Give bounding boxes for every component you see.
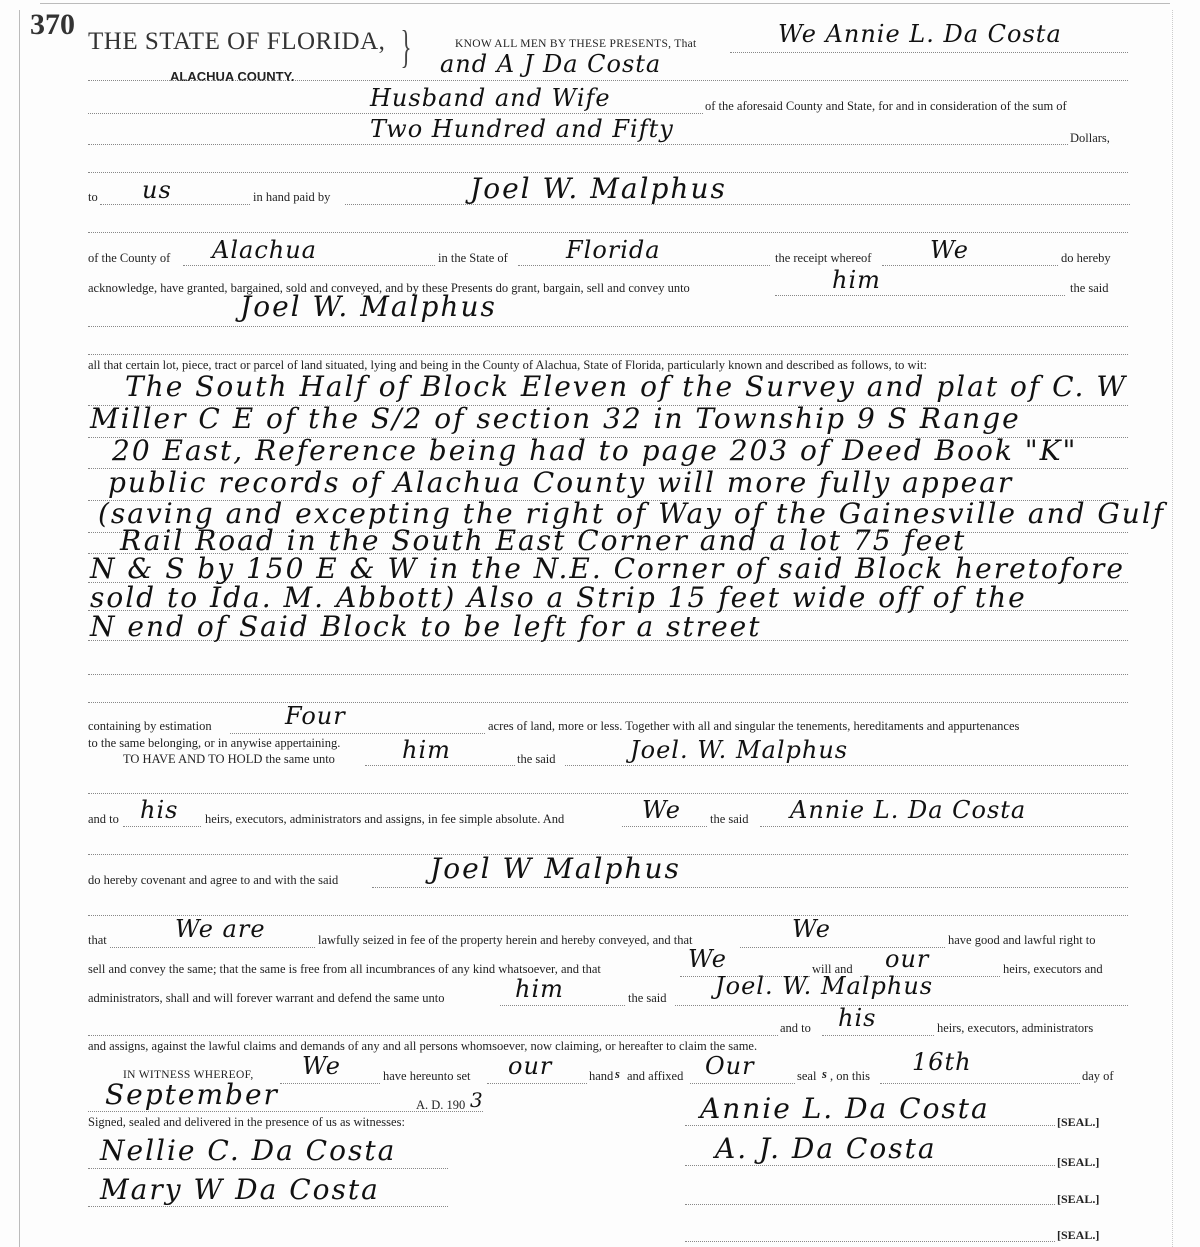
to-have-grantee: Joel. W. Malphus [630,736,848,764]
heirs-we: We [642,796,681,824]
printed-heirs-executors: heirs, executors and [1003,962,1103,977]
paid-by-name: Joel W. Malphus [470,172,727,205]
printed-paid-by: in hand paid by [253,190,330,205]
seal-suffix: s [822,1067,827,1082]
grantor-signature-1: Annie L. Da Costa [700,1092,990,1125]
printed-county-of: of the County of [88,251,170,266]
warranty-grantee: Joel. W. Malphus [715,972,933,1000]
printed-on-this: , on this [830,1069,870,1084]
printed-the-said-3: the said [710,812,749,827]
conveyance-grantee-name: Joel W. Malphus [240,290,497,323]
printed-receipt-whereof: the receipt whereof [775,251,871,266]
witness-day: 16th [912,1048,972,1076]
printed-affixed: and affixed [627,1069,683,1084]
printed-the-said-4: the said [628,991,667,1006]
printed-do-hereby: do hereby [1061,251,1111,266]
printed-heirs-admin: heirs, executors, administrators [937,1021,1093,1036]
printed-hereunto: have hereunto set [383,1069,470,1084]
consideration-amount: Two Hundred and Fifty [370,115,674,143]
page-number: 370 [30,8,75,42]
printed-the-said-1: the said [1070,281,1109,296]
printed-aforesaid: of the aforesaid County and State, for a… [705,99,1067,114]
seal-label-1: [SEAL.] [1057,1115,1099,1130]
grantee-county: Alachua [212,236,317,264]
printed-to-have: TO HAVE AND TO HOLD the same unto [123,752,335,767]
seal-label-3: [SEAL.] [1057,1192,1099,1207]
grantors-relation: Husband and Wife [370,84,611,112]
printed-and-to-1: and to [88,812,119,827]
printed-containing: containing by estimation [88,719,212,734]
warranty-we-are: We are [175,915,266,943]
land-line-3: 20 East, Reference being had to page 203… [112,434,1077,467]
witness-our-2: Our [705,1052,755,1080]
printed-state-of: in the State of [438,251,508,266]
printed-the-said-2: the said [517,752,556,767]
witness-month: September [105,1078,279,1111]
grantors-line1: We Annie L. Da Costa [778,20,1062,48]
seal-label-4: [SEAL.] [1057,1228,1099,1243]
to-have-unto: him [402,736,451,764]
land-line-4: public records of Alachua County will mo… [108,466,1013,499]
printed-heirs: heirs, executors, administrators and ass… [205,812,564,827]
printed-dollars: Dollars, [1070,131,1110,146]
warranty-pronoun: his [838,1004,876,1032]
warranty-unto: him [515,975,564,1003]
printed-acres: acres of land, more or less. Together wi… [488,719,1019,734]
brace-glyph: } [401,20,412,73]
printed-administrators: administrators, shall and will forever w… [88,991,444,1006]
land-line-9: N end of Said Block to be left for a str… [90,610,761,643]
page-border-right [1172,10,1173,1247]
state-title: THE STATE OF FLORIDA, [88,28,385,56]
grantee-state: Florida [566,236,661,264]
printed-ad: A. D. 190 [416,1098,465,1113]
page-border-left [19,10,20,1247]
hand-suffix: s [615,1067,620,1082]
printed-hand: hand [589,1069,613,1084]
witness-signature-1: Nellie C. Da Costa [100,1134,396,1167]
witness-year-digit: 3 [470,1088,484,1112]
conveyance-unto: him [832,266,881,294]
covenant-grantee: Joel W Malphus [430,852,681,885]
seal-label-2: [SEAL.] [1057,1155,1099,1170]
heirs-pronoun: his [140,796,178,824]
land-line-1: The South Half of Block Eleven of the Su… [125,370,1127,403]
printed-belonging: to the same belonging, or in anywise app… [88,736,340,751]
warranty-we: We [792,915,831,943]
warranty-our: our [885,945,929,973]
printed-seal: seal [797,1069,816,1084]
witness-our: our [508,1052,552,1080]
printed-seized: lawfully seized in fee of the property h… [318,933,693,948]
printed-that: that [88,933,107,948]
printed-covenant: do hereby covenant and agree to and with… [88,873,338,888]
printed-signed-sealed: Signed, sealed and delivered in the pres… [88,1115,405,1130]
printed-day-of: day of [1082,1069,1114,1084]
heirs-grantor: Annie L. Da Costa [790,796,1026,824]
county-title: ALACHUA COUNTY. [170,69,294,84]
printed-and-to-2: and to [780,1021,811,1036]
witness-we: We [302,1052,341,1080]
printed-assigns: and assigns, against the lawful claims a… [88,1039,757,1054]
printed-to: to [88,190,98,205]
witness-signature-2: Mary W Da Costa [100,1173,380,1206]
acreage-value: Four [285,702,346,730]
to-value: us [142,176,172,204]
grantors-line2: and A J Da Costa [440,50,661,78]
receipt-we: We [930,236,969,264]
printed-good-right: have good and lawful right to [948,933,1096,948]
warranty-we-2: We [688,945,727,973]
grantor-signature-2: A. J. Da Costa [715,1132,937,1165]
know-all-men: KNOW ALL MEN BY THESE PRESENTS, That [455,38,697,50]
deed-page: 370 THE STATE OF FLORIDA, } ALACHUA COUN… [0,0,1200,1247]
land-line-2: Miller C E of the S/2 of section 32 in T… [90,402,1021,435]
page-border-top [40,3,1170,4]
